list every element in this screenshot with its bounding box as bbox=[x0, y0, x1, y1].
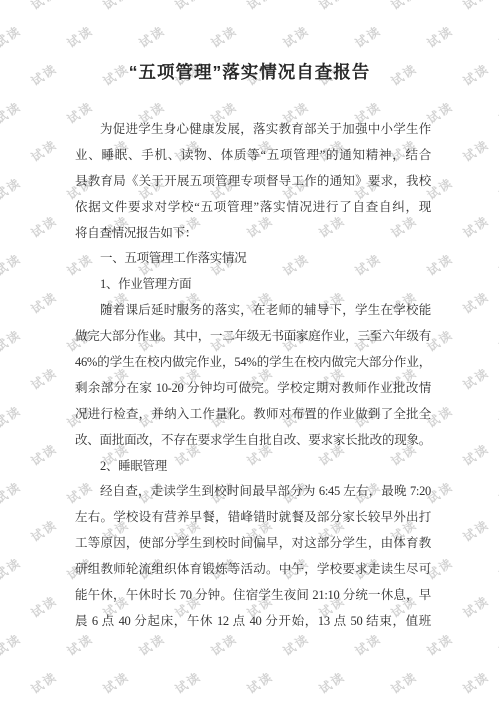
document-body: 为促进学生身心健康发展，落实教育部关于加强中小学生作业、睡眠、手机、读物、体质等… bbox=[75, 117, 431, 635]
text-line: 为促进学生身心健康发展，落实教育部关于加强中小学生作 bbox=[75, 117, 431, 143]
text-line: 县教育局《关于开展五项管理专项督导工作的通知》要求，我校 bbox=[75, 169, 431, 195]
text-line: 能午休，午休时长 70 分钟。住宿学生夜间 21:10 分统一休息，早 bbox=[75, 583, 431, 609]
text-line: 晨 6 点 40 分起床，午休 12 点 40 分开始，13 点 50 结束，值… bbox=[75, 609, 431, 635]
document-content: “五项管理”落实情况自查报告 为促进学生身心健康发展，落实教育部关于加强中小学生… bbox=[0, 0, 499, 706]
text-line: 随着课后延时服务的落实，在老师的辅导下，学生在学校能 bbox=[75, 298, 431, 324]
text-line: 工等原因，使部分学生到校时间偏早，对这部分学生，由体育教 bbox=[75, 531, 431, 557]
text-line: 将自查情况报告如下： bbox=[75, 221, 431, 247]
report-page: 试读试读试读试读试读试读试读试读试读试读试读试读试读试读试读试读试读试读试读试读… bbox=[0, 0, 499, 706]
text-line: 46%的学生在校内做完作业，54%的学生在校内做完大部分作业， bbox=[75, 350, 431, 376]
text-line: 况进行检查，并纳入工作量化。教师对布置的作业做到了全批全 bbox=[75, 402, 431, 428]
text-line: 研组教师轮流组织体育锻炼等活动。中午，学校要求走读生尽可 bbox=[75, 557, 431, 583]
text-line: 依据文件要求对学校“五项管理”落实情况进行了自查自纠，现 bbox=[75, 195, 431, 221]
text-line: 左右。学校设有营养早餐，错峰错时就餐及部分家长较早外出打 bbox=[75, 505, 431, 531]
text-line: 业、睡眠、手机、读物、体质等“五项管理”的通知精神，结合 bbox=[75, 143, 431, 169]
text-line: 1、作业管理方面 bbox=[75, 272, 431, 298]
document-title: “五项管理”落实情况自查报告 bbox=[0, 60, 499, 84]
text-line: 经自查，走读学生到校时间最早部分为 6:45 左右，最晚 7:20 bbox=[75, 479, 431, 505]
text-line: 剩余部分在家 10-20 分钟均可做完。学校定期对教师作业批改情 bbox=[75, 376, 431, 402]
text-line: 做完大部分作业。其中，一二年级无书面家庭作业，三至六年级有 bbox=[75, 324, 431, 350]
text-line: 2、睡眠管理 bbox=[75, 454, 431, 480]
text-line: 一、五项管理工作落实情况 bbox=[75, 246, 431, 272]
text-line: 改、面批面改，不存在要求学生自批自改、要求家长批改的现象。 bbox=[75, 428, 431, 454]
